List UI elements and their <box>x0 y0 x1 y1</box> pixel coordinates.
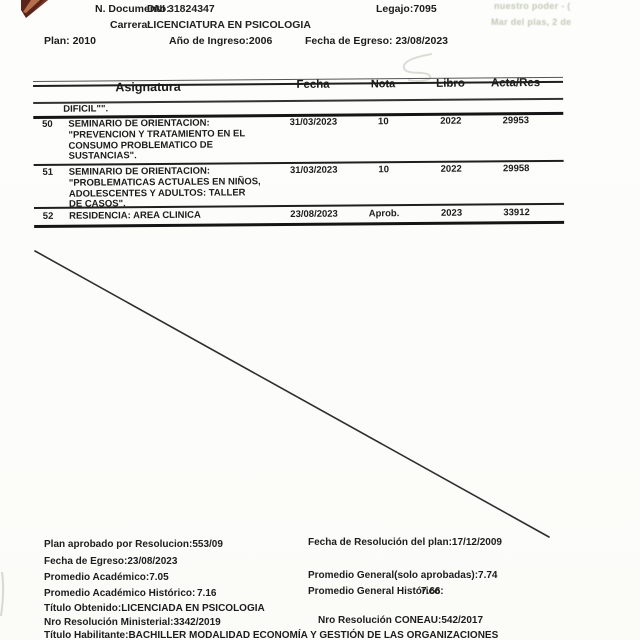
row-number: 51 <box>34 168 62 179</box>
asignatura-line: RESIDENCIA: AREA CLINICA <box>69 210 279 222</box>
row-asignatura: SEMINARIO DE ORIENTACION: "PREVENCION Y … <box>68 118 278 163</box>
resolucion-ministerial-field: Nro Resolución Ministerial:3342/2019 <box>44 617 221 628</box>
header-underline <box>33 98 563 104</box>
transcript-table: Asignatura Fecha Nota Libro Acta/Res DIF… <box>33 77 564 231</box>
row-libro: 2022 <box>419 164 484 175</box>
bleedthrough-text-2: Mar del plas, 2 de <box>491 17 571 27</box>
row-libro: 2022 <box>418 116 483 127</box>
row-asignatura: SEMINARIO DE ORIENTACION: "PROBLEMATICAS… <box>69 166 279 211</box>
promedio-general-field: Promedio General(solo aprobadas):7.74 <box>308 570 498 581</box>
table-header-row: Asignatura Fecha Nota Libro Acta/Res <box>33 77 563 81</box>
row-acta: 29958 <box>484 164 549 175</box>
carrera-value: LICENCIATURA EN PSICOLOGIA <box>147 19 311 31</box>
document-number-value: DNI 31824347 <box>147 3 215 15</box>
bleedthrough-text-1: nuestro poder - ( <box>494 1 571 11</box>
resolucion-coneau-field: Nro Resolución CONEAU:542/2017 <box>318 615 483 626</box>
promedio-academico-historico-value: 7.16 <box>197 588 216 599</box>
row-number: 50 <box>33 120 61 131</box>
col-header-asignatura: Asignatura <box>68 79 228 94</box>
scanned-transcript-page: N. Documento: DNI 31824347 Legajo:7095 C… <box>0 0 640 640</box>
col-header-fecha: Fecha <box>273 78 353 91</box>
carrera-label: Carrera: <box>110 19 151 31</box>
promedio-academico-historico-label: Promedio Académico Histórico: <box>44 588 195 599</box>
plan-resolution-field: Plan aprobado por Resolucion:553/09 <box>44 539 223 550</box>
egreso-field: Fecha de Egreso: 23/08/2023 <box>305 35 448 47</box>
row-fecha: 31/03/2023 <box>273 117 353 128</box>
fecha-resolucion-plan-field: Fecha de Resolución del plan:17/12/2009 <box>308 537 502 548</box>
pen-strike-line <box>35 251 549 537</box>
red-stamp-corner <box>21 0 48 18</box>
row-nota: 10 <box>353 117 413 128</box>
titulo-habilitante-field: Título Habilitante:BACHILLER MODALIDAD E… <box>44 630 498 640</box>
left-edge-artifact <box>1 572 3 616</box>
col-header-nota: Nota <box>353 78 413 90</box>
row-libro: 2023 <box>419 208 484 219</box>
promedio-general-historico-value: 7.66 <box>421 586 440 597</box>
titulo-obtenido-field: Título Obtenido:LICENCIADA EN PSICOLOGIA <box>44 603 265 614</box>
fecha-egreso-field: Fecha de Egreso:23/08/2023 <box>44 556 177 567</box>
row-nota: 10 <box>354 165 414 176</box>
ingreso-field: Año de Ingreso:2006 <box>169 35 272 47</box>
asignatura-line: SUSTANCIAS". <box>69 150 279 162</box>
carryover-text: DIFICIL"". <box>63 103 108 114</box>
row-fecha: 23/08/2023 <box>274 209 354 220</box>
row-acta: 29953 <box>483 116 548 127</box>
legajo-field: Legajo:7095 <box>376 3 437 15</box>
row-fecha: 31/03/2023 <box>274 165 354 176</box>
col-header-libro: Libro <box>418 77 483 90</box>
plan-field: Plan: 2010 <box>44 35 96 47</box>
row-asignatura: RESIDENCIA: AREA CLINICA <box>69 210 279 222</box>
row-nota: Aprob. <box>354 209 414 220</box>
row-number: 52 <box>34 212 62 223</box>
col-header-acta-res: Acta/Res <box>483 77 548 90</box>
promedio-academico-field: Promedio Académico:7.05 <box>44 572 169 583</box>
row-acta: 33912 <box>484 208 549 219</box>
